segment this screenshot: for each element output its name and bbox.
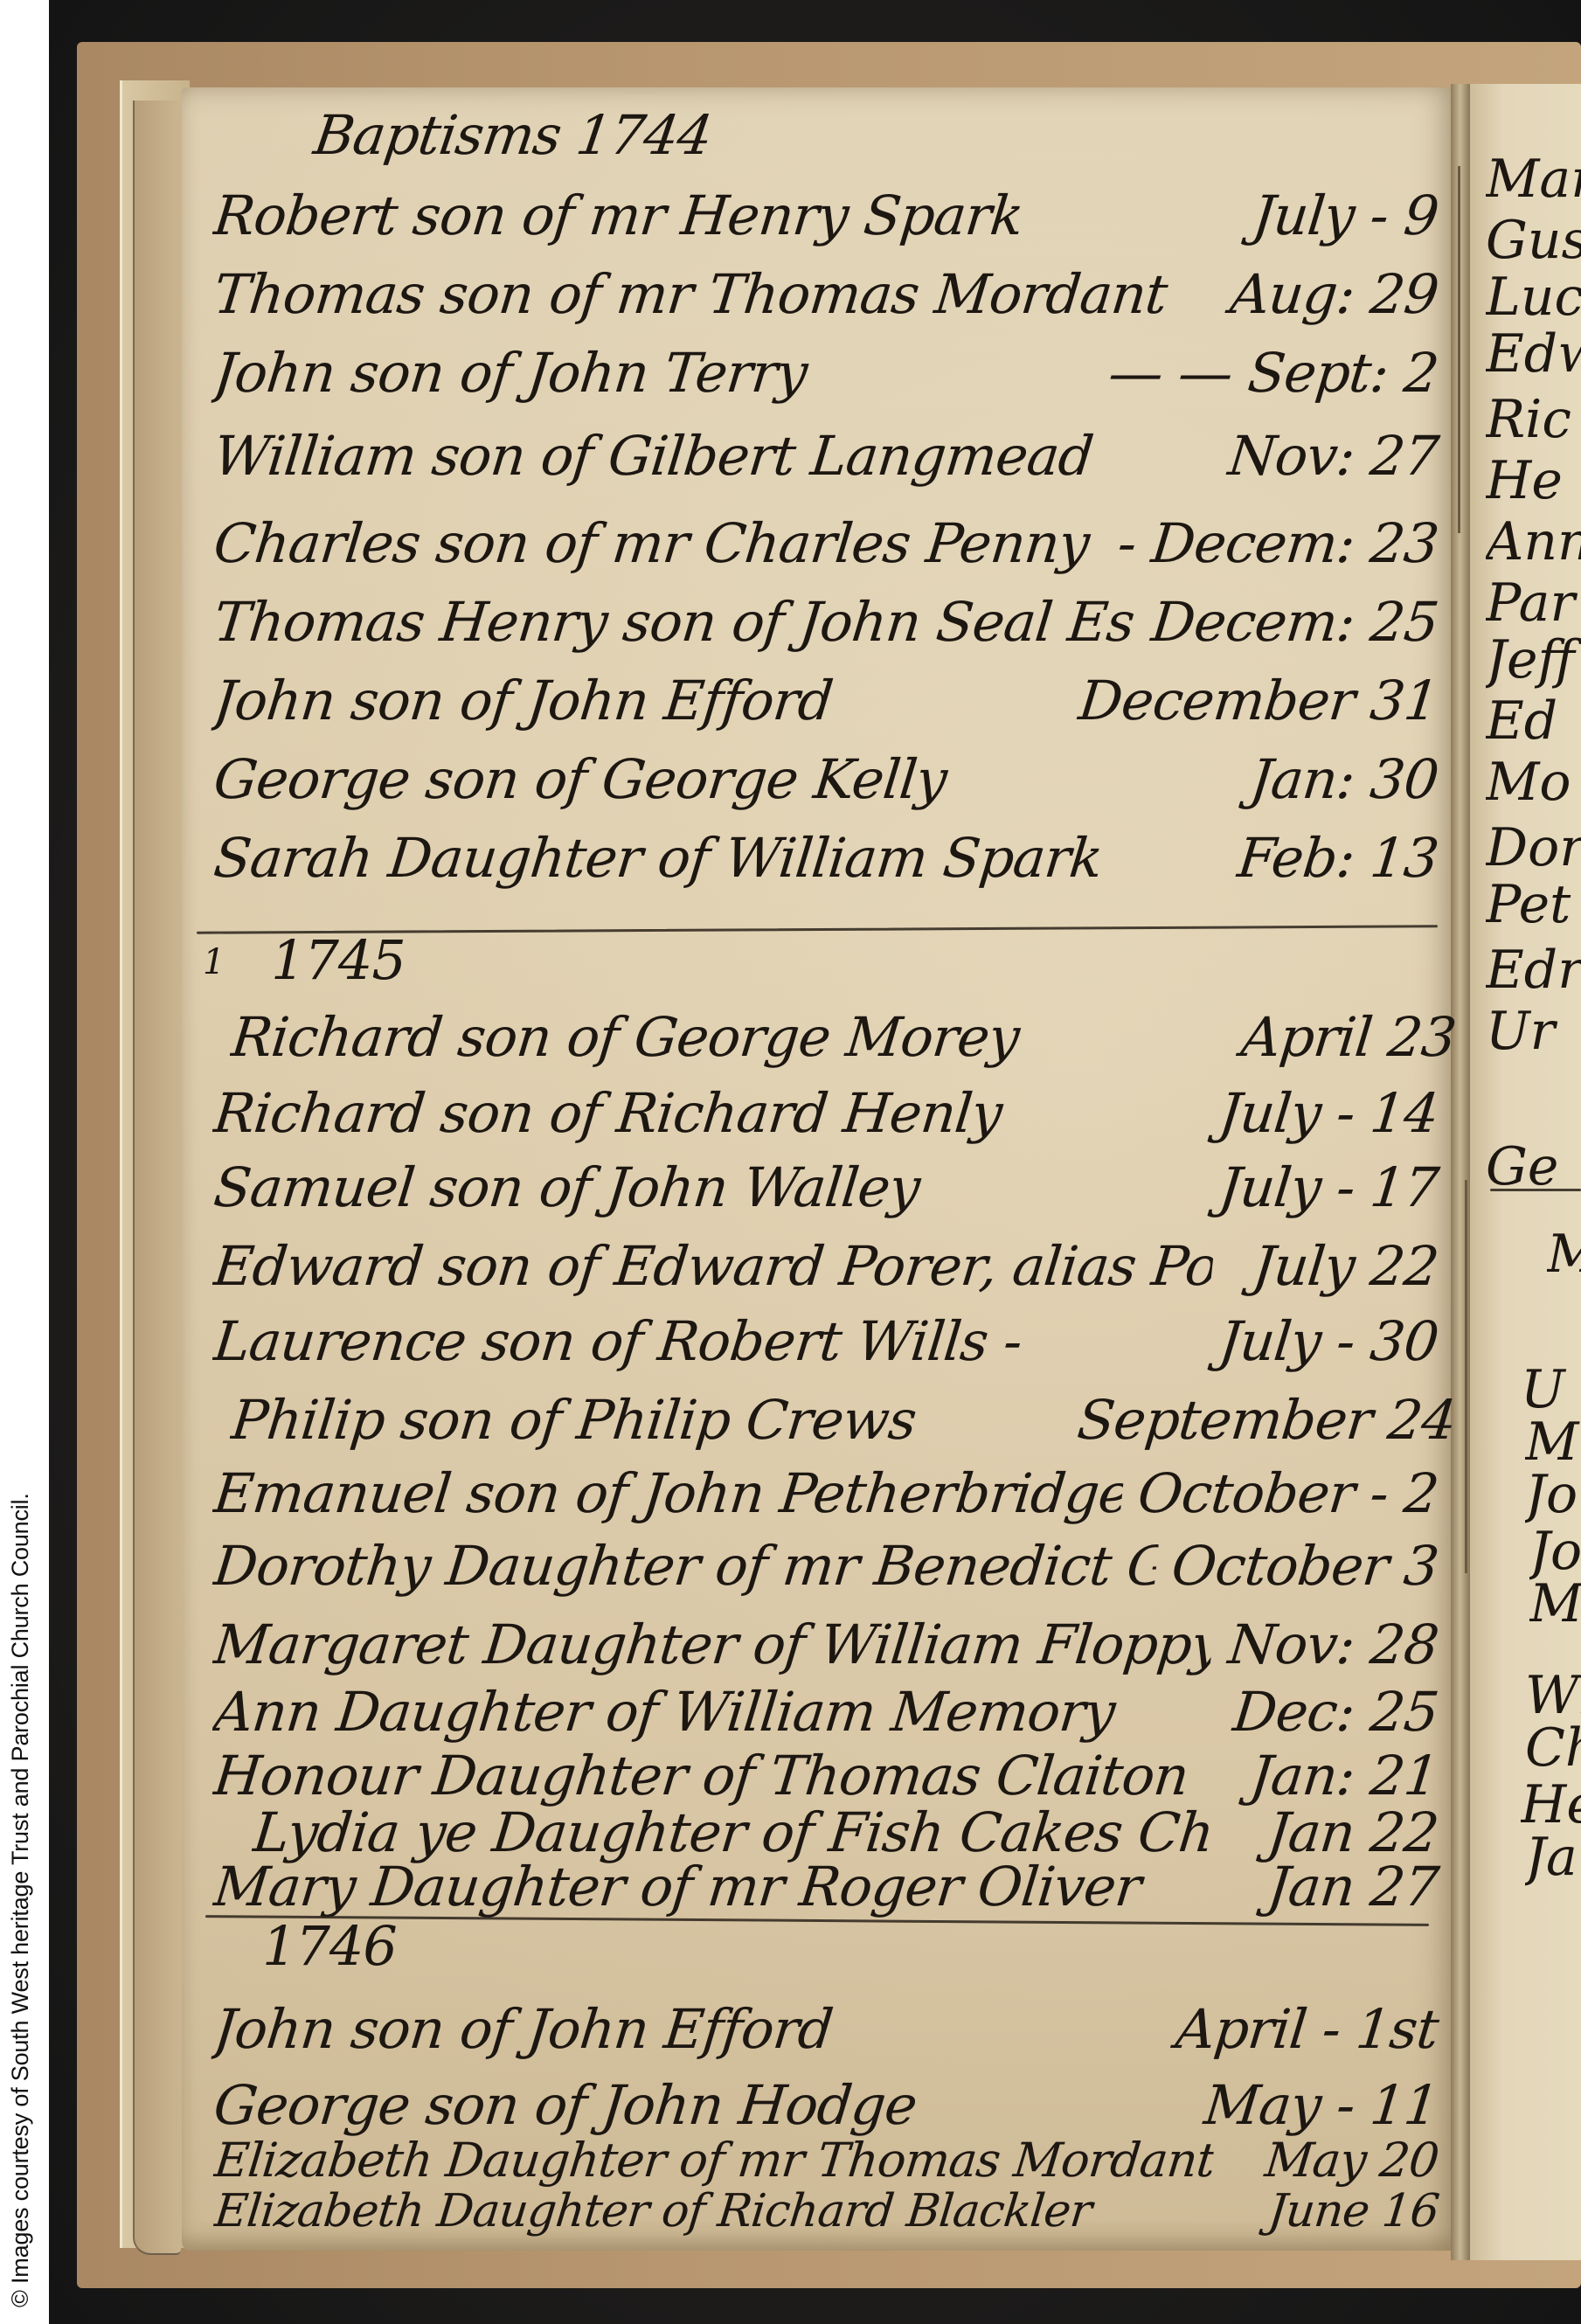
facing-line: Ric bbox=[1486, 389, 1581, 450]
entry-name: John son of John Efford bbox=[211, 669, 1066, 732]
entry-name: Margaret Daughter of William Floppy bbox=[211, 1613, 1216, 1676]
entry-name: George son of George Kelly bbox=[211, 747, 1216, 811]
entry-date: July - 9 bbox=[1224, 184, 1441, 247]
register-entry: Charles son of mr Charles Penny- Decem: … bbox=[211, 511, 1441, 578]
facing-line: Pet bbox=[1486, 874, 1581, 935]
year-heading-1746: 1746 bbox=[262, 1914, 397, 1978]
binding-thread bbox=[1458, 166, 1460, 533]
register-entry: Samuel son of John WalleyJuly - 17 bbox=[211, 1155, 1441, 1222]
entry-date: Nov: 28 bbox=[1224, 1613, 1441, 1676]
register-entry: Sarah Daughter of William SparkFeb: 13 bbox=[211, 826, 1441, 892]
register-entry: Laurence son of Robert Wills -July - 30 bbox=[211, 1309, 1441, 1376]
entry-date: July - 14 bbox=[1216, 1081, 1441, 1145]
entry-date: October 3 bbox=[1168, 1534, 1441, 1598]
register-entry: Ann Daughter of William MemoryDec: 25 bbox=[211, 1680, 1441, 1746]
entry-name: Edward son of Edward Porer, alias Pool bbox=[211, 1234, 1216, 1298]
entry-date: — — Sept: 2 bbox=[1106, 341, 1441, 405]
entry-date: Jan 27 bbox=[1224, 1855, 1441, 1918]
entry-name: Emanuel son of John Petherbridge bbox=[211, 1461, 1126, 1525]
entry-name: William son of Gilbert Langmead bbox=[211, 424, 1216, 488]
register-entry: Edward son of Edward Porer, alias PoolJu… bbox=[211, 1234, 1441, 1301]
facing-line: Ann bbox=[1486, 511, 1581, 572]
entry-name: John son of John Terry bbox=[211, 341, 1096, 405]
entry-name: Richard son of George Morey bbox=[228, 1005, 1229, 1069]
facing-line: Ja bbox=[1525, 1827, 1581, 1888]
entry-date: Feb: 13 bbox=[1224, 826, 1441, 890]
entry-name: Thomas Henry son of John Seal Esq: bbox=[211, 590, 1140, 654]
entry-name: Robert son of mr Henry Spark bbox=[211, 184, 1216, 247]
entry-date: September 24 bbox=[1074, 1388, 1459, 1452]
entry-date: Dec: 25 bbox=[1224, 1680, 1441, 1744]
entry-date: December 31 bbox=[1076, 669, 1441, 732]
entry-name: Dorothy Daughter of mr Benedict Gelly bbox=[211, 1534, 1160, 1598]
facing-line: M bbox=[1547, 1224, 1581, 1285]
register-entry: Dorothy Daughter of mr Benedict GellyOct… bbox=[211, 1534, 1441, 1600]
entry-name: Philip son of Philip Crews bbox=[228, 1388, 1065, 1452]
register-entry: Richard son of Richard HenlyJuly - 14 bbox=[211, 1081, 1441, 1148]
entry-date: October - 2 bbox=[1135, 1461, 1441, 1525]
entry-name: Elizabeth Daughter of mr Thomas Mordant bbox=[211, 2133, 1216, 2188]
register-entry: Robert son of mr Henry SparkJuly - 9 bbox=[211, 184, 1441, 250]
facing-line: Jo bbox=[1525, 1464, 1581, 1525]
entry-date: July 22 bbox=[1224, 1234, 1441, 1298]
book-gutter bbox=[1451, 84, 1472, 2260]
facing-line: Ur bbox=[1486, 1001, 1581, 1062]
year-heading-1745: 1745 bbox=[271, 928, 406, 992]
entry-date: June 16 bbox=[1226, 2185, 1441, 2237]
entry-name: Elizabeth Daughter of Richard Blackler bbox=[212, 2185, 1216, 2237]
entry-name: Sarah Daughter of William Spark bbox=[211, 826, 1216, 890]
facing-divider bbox=[1490, 1189, 1581, 1191]
entry-date: May 20 bbox=[1225, 2133, 1441, 2188]
register-entry: Mary Daughter of mr Roger OliverJan 27 bbox=[211, 1855, 1441, 1921]
register-entry: Emanuel son of John PetherbridgeOctober … bbox=[211, 1461, 1441, 1528]
facing-line: Luc bbox=[1486, 267, 1581, 328]
entry-name: Honour Daughter of Thomas Claiton bbox=[211, 1744, 1216, 1807]
entry-date: April 23 bbox=[1238, 1005, 1459, 1069]
register-entry: Elizabeth Daughter of Richard BlacklerJu… bbox=[211, 2185, 1441, 2251]
register-entry: George son of George KellyJan: 30 bbox=[211, 747, 1441, 814]
register-entry: Philip son of Philip CrewsSeptember 24 bbox=[228, 1388, 1459, 1454]
entry-date: Aug: 29 bbox=[1224, 262, 1441, 326]
binding-thread bbox=[1465, 1180, 1467, 1573]
facing-line: Mo bbox=[1486, 752, 1581, 813]
cover-fold bbox=[133, 101, 181, 2255]
facing-line: He bbox=[1486, 450, 1581, 511]
register-entry: John son of John EffordDecember 31 bbox=[211, 669, 1441, 735]
facing-line: Edw bbox=[1486, 323, 1581, 385]
entry-name: Ann Daughter of William Memory bbox=[211, 1680, 1216, 1744]
entry-date: Decem: 25 bbox=[1148, 590, 1441, 654]
entry-date: Nov: 27 bbox=[1224, 424, 1441, 488]
register-entry: John son of John Terry— — Sept: 2 bbox=[211, 341, 1441, 407]
entry-name: Thomas son of mr Thomas Mordant bbox=[211, 262, 1216, 326]
entry-name: Laurence son of Robert Wills - bbox=[211, 1309, 1207, 1373]
facing-line: Gust bbox=[1486, 210, 1581, 271]
entry-date: May - 11 bbox=[1202, 2073, 1441, 2137]
entry-name: Mary Daughter of mr Roger Oliver bbox=[211, 1855, 1216, 1918]
entry-name: John son of John Efford bbox=[211, 1997, 1163, 2061]
entry-date: April - 1st bbox=[1173, 1997, 1441, 2061]
entry-name: Charles son of mr Charles Penny bbox=[211, 511, 1106, 575]
register-entry: Thomas Henry son of John Seal Esq:Decem:… bbox=[211, 590, 1441, 656]
facing-line: Jeff bbox=[1486, 629, 1581, 690]
entry-date: July - 30 bbox=[1216, 1309, 1441, 1373]
facing-line: Mar bbox=[1486, 149, 1581, 210]
page-title: Baptisms 1744 bbox=[310, 103, 716, 167]
register-entry: Thomas son of mr Thomas MordantAug: 29 bbox=[211, 262, 1441, 329]
register-entry: William son of Gilbert LangmeadNov: 27 bbox=[211, 424, 1441, 490]
margin-mark: 1 bbox=[203, 942, 224, 982]
facing-line: Par bbox=[1486, 572, 1581, 634]
facing-line: Ch bbox=[1525, 1717, 1581, 1779]
facing-line: Ed bbox=[1486, 690, 1581, 752]
entry-name: George son of John Hodge bbox=[211, 2073, 1192, 2137]
register-entry: Margaret Daughter of William FloppyNov: … bbox=[211, 1613, 1441, 1679]
image-credit: © Images courtesy of South West heritage… bbox=[7, 1493, 34, 2307]
register-entry: George son of John HodgeMay - 11 bbox=[211, 2073, 1441, 2140]
facing-line: Dor bbox=[1486, 817, 1581, 878]
entry-date: - Decem: 23 bbox=[1115, 511, 1441, 575]
entry-date: July - 17 bbox=[1216, 1155, 1441, 1219]
register-entry: Richard son of George MoreyApril 23 bbox=[228, 1005, 1459, 1072]
facing-line: M bbox=[1529, 1573, 1581, 1634]
entry-name: Richard son of Richard Henly bbox=[211, 1081, 1207, 1145]
facing-line: Edr bbox=[1486, 940, 1581, 1001]
entry-date: Jan: 21 bbox=[1224, 1744, 1441, 1807]
entry-name: Samuel son of John Walley bbox=[211, 1155, 1207, 1219]
register-entry: John son of John EffordApril - 1st bbox=[211, 1997, 1441, 2064]
entry-date: Jan: 30 bbox=[1224, 747, 1441, 811]
